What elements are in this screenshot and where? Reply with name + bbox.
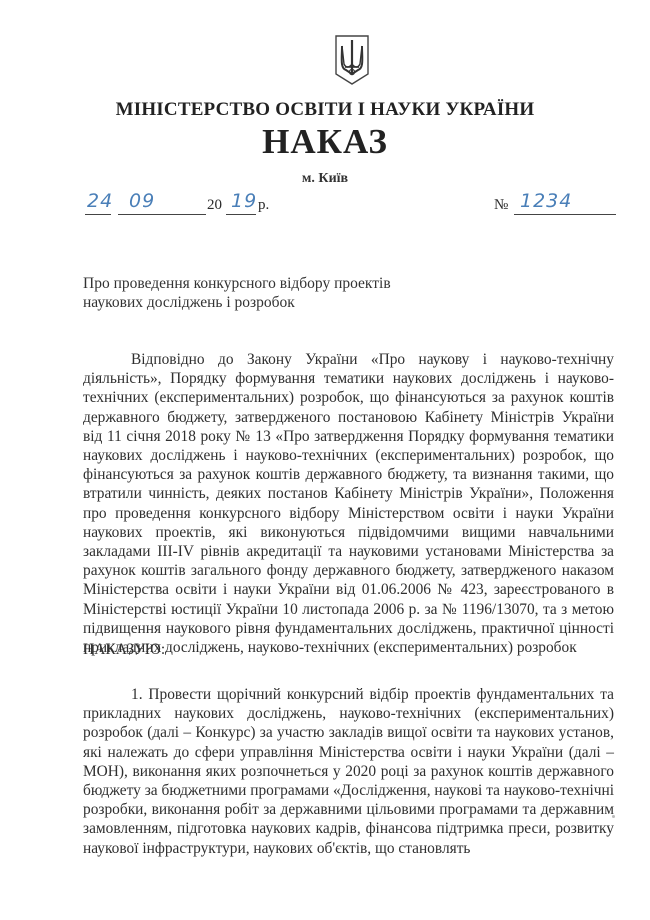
date-field: 24 09 20 19 р. <box>85 190 285 216</box>
order-subject: Про проведення конкурсного відбору проек… <box>83 274 391 312</box>
date-year-suffix: 19 <box>231 190 257 212</box>
year-underline <box>226 214 256 215</box>
order-number-field: № 1234 <box>494 190 624 216</box>
date-month: 09 <box>129 190 155 212</box>
date-day: 24 <box>87 190 113 212</box>
order-item-1: 1. Провести щорічний конкурсний відбір п… <box>83 685 614 858</box>
ministry-name: МІНІСТЕРСТВО ОСВІТИ І НАУКИ УКРАЇНИ <box>0 99 650 121</box>
year-prefix: 20 <box>207 197 222 214</box>
preamble-text: Відповідно до Закону України «Про науков… <box>83 350 614 657</box>
day-underline <box>85 214 111 215</box>
order-number: 1234 <box>520 190 572 212</box>
number-underline <box>514 214 616 215</box>
city-label: м. Київ <box>0 171 650 187</box>
year-label: р. <box>258 197 269 214</box>
subject-line-2: наукових досліджень і розробок <box>83 293 391 312</box>
order-word: НАКАЗУЮ: <box>83 641 165 659</box>
scan-speck <box>612 815 615 818</box>
preamble-paragraph: Відповідно до Закону України «Про науков… <box>83 350 614 657</box>
subject-line-1: Про проведення конкурсного відбору проек… <box>83 274 391 293</box>
document-type-title: НАКАЗ <box>0 122 650 162</box>
trident-emblem-icon <box>334 34 370 86</box>
order-item-text: 1. Провести щорічний конкурсний відбір п… <box>83 685 614 858</box>
number-sign: № <box>494 197 508 214</box>
month-underline <box>118 214 206 215</box>
